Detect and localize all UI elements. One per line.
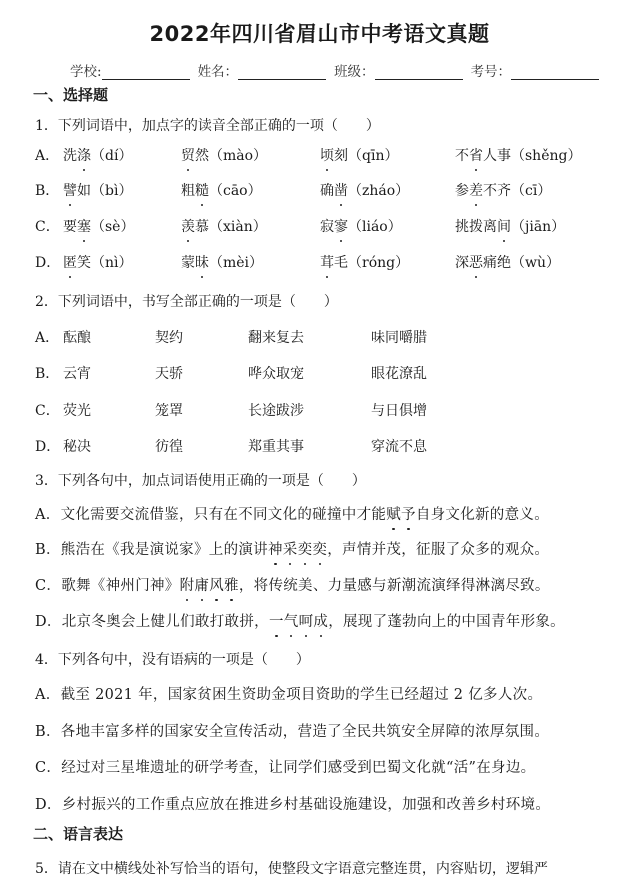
dotted-character: 茸: [320, 252, 334, 272]
sentence-prefix: 文化需要交流借鉴，只有在不同文化的碰撞中才能: [61, 507, 387, 523]
school-label: 学校:: [70, 60, 102, 80]
dotted-character: 昧: [195, 252, 209, 272]
word-suffix-pinyin: 如（bì）: [77, 183, 132, 199]
dotted-character: 省: [469, 145, 483, 165]
question-2-stem: 2．下列词语中，书写全部正确的一项是（ ）: [35, 291, 338, 311]
word-pinyin-item: 譬如（bì）: [63, 180, 132, 200]
word-prefix: 洗: [63, 148, 77, 164]
question-4-stem: 4．下列各句中，没有语病的一项是（ ）: [35, 649, 310, 669]
word-prefix: 参: [455, 183, 469, 199]
word-item: 与日俱增: [371, 400, 427, 420]
dotted-phrase: 赋予: [386, 507, 416, 523]
option-label: B．: [35, 542, 61, 558]
option-label: B．: [35, 724, 61, 740]
question-1-stem: 1．下列词语中，加点字的读音全部正确的一项（ ）: [35, 115, 380, 135]
dotted-character: 予: [401, 503, 416, 524]
dotted-character: 顷: [320, 145, 334, 165]
question-5-stem: 5．请在文中横线处补写恰当的语句，使整段文字语意完整连贯，内容贴切，逻辑严: [35, 858, 548, 877]
name-blank[interactable]: [238, 65, 326, 80]
word-prefix: 寂: [320, 219, 334, 235]
word-suffix-pinyin: （liáo）: [348, 219, 402, 235]
option-sentence: B．熊浩在《我是演说家》上的演讲神采奕奕，声情并茂，征服了众多的观众。: [35, 538, 549, 559]
option-label: C．: [35, 400, 60, 420]
word-item: 彷徨: [155, 436, 183, 456]
sentence-prefix: 熊浩在《我是演说家》上的演讲: [61, 542, 268, 558]
dotted-character: 雅: [224, 574, 239, 595]
dotted-character: 神: [268, 538, 283, 559]
word-pinyin-item: 要塞（sè）: [63, 216, 134, 236]
question-3-stem: 3．下列各句中，加点词语使用正确的一项是（ ）: [35, 470, 366, 490]
dotted-character: 匿: [63, 252, 77, 272]
name-label: 姓名：: [198, 60, 239, 80]
word-pinyin-item: 顷刻（qīn）: [320, 145, 398, 165]
word-item: 云宵: [63, 363, 91, 383]
dotted-phrase: 一气呵成: [269, 614, 328, 630]
dotted-character: 羡: [181, 216, 195, 236]
option-label: C．: [35, 760, 61, 776]
dotted-character: 间: [497, 216, 511, 236]
word-item: 郑重其事: [248, 436, 304, 456]
dotted-character: 一: [269, 610, 284, 631]
word-pinyin-item: 粗糙（cāo）: [181, 180, 262, 200]
word-prefix: 粗: [181, 183, 195, 199]
dotted-phrase: 附庸风雅: [180, 578, 239, 594]
dotted-phrase: 神采奕奕: [268, 542, 327, 558]
dotted-character: 庸: [194, 574, 209, 595]
word-item: 哗众取宠: [248, 363, 304, 383]
dotted-character: 贸: [181, 145, 195, 165]
sentence-prefix: 歌舞《神州门神》: [61, 578, 179, 594]
word-suffix-pinyin: 毛（róng）: [334, 255, 409, 271]
word-item: 荧光: [63, 400, 91, 420]
word-prefix: 蒙: [181, 255, 195, 271]
option-label: D．: [35, 252, 60, 272]
sentence-suffix: ，展现了蓬勃向上的中国青年形象。: [328, 614, 565, 630]
word-item: 长途跋涉: [248, 400, 304, 420]
number-blank[interactable]: [511, 65, 599, 80]
dotted-character: 糙: [195, 180, 209, 200]
word-item: 天骄: [155, 363, 183, 383]
word-suffix-pinyin: （sè）: [91, 219, 134, 235]
dotted-character: 呵: [299, 610, 314, 631]
word-suffix-pinyin: 然（mào）: [195, 148, 267, 164]
option-sentence: B．各地丰富多样的国家安全宣传活动，营造了全民共筑安全屏障的浓厚氛围。: [35, 720, 549, 741]
option-label: D．: [35, 614, 62, 630]
number-label: 考号：: [471, 60, 512, 80]
word-item: 眼花潦乱: [371, 363, 427, 383]
dotted-character: 差: [469, 180, 483, 200]
sentence-text: 经过对三星堆遗址的研学考查，让同学们感受到巴蜀文化就“活”在身边。: [61, 760, 535, 776]
word-pinyin-item: 洗涤（dí）: [63, 145, 132, 165]
word-prefix: 挑拨离: [455, 219, 497, 235]
word-pinyin-item: 匿笑（nì）: [63, 252, 133, 272]
word-suffix-pinyin: 不齐（cī）: [483, 183, 551, 199]
option-label: D．: [35, 436, 60, 456]
sentence-text: 各地丰富多样的国家安全宣传活动，营造了全民共筑安全屏障的浓厚氛围。: [61, 724, 549, 740]
option-label: A．: [35, 327, 59, 347]
word-prefix: 深: [455, 255, 469, 271]
option-sentence: C．经过对三星堆遗址的研学考查，让同学们感受到巴蜀文化就“活”在身边。: [35, 756, 535, 777]
word-pinyin-item: 寂寥（liáo）: [320, 216, 402, 236]
sentence-text: 截至 2021 年，国家贫困生资助金项目资助的学生已经超过 2 亿多人次。: [61, 687, 543, 703]
student-info-line: 学校:姓名：班级：考号：: [70, 60, 607, 80]
word-suffix-pinyin: 人事（shěng）: [483, 148, 581, 164]
option-label: D．: [35, 797, 62, 813]
word-pinyin-item: 挑拨离间（jiān）: [455, 216, 565, 236]
word-item: 翻来复去: [248, 327, 304, 347]
word-pinyin-item: 深恶痛绝（wù）: [455, 252, 560, 272]
dotted-character: 风: [209, 574, 224, 595]
section-heading-language-expression: 二、语言表达: [33, 823, 123, 844]
option-label: C．: [35, 216, 60, 236]
dotted-character: 塞: [77, 216, 91, 236]
sentence-prefix: 北京冬奥会上健儿们敢打敢拼，: [62, 614, 269, 630]
option-sentence: C．歌舞《神州门神》附庸风雅，将传统美、力量感与新潮流演绎得淋漓尽致。: [35, 574, 550, 595]
dotted-character: 凿: [334, 180, 348, 200]
option-sentence: D．乡村振兴的工作重点应放在推进乡村基础设施建设，加强和改善乡村环境。: [35, 793, 550, 814]
option-sentence: D．北京冬奥会上健儿们敢打敢拼，一气呵成，展现了蓬勃向上的中国青年形象。: [35, 610, 565, 631]
option-label: A．: [35, 507, 61, 523]
word-prefix: 要: [63, 219, 77, 235]
sentence-suffix: ，将传统美、力量感与新潮流演绎得淋漓尽致。: [239, 578, 550, 594]
word-pinyin-item: 不省人事（shěng）: [455, 145, 581, 165]
section-heading-choice: 一、选择题: [33, 84, 108, 105]
option-label: B．: [35, 363, 59, 383]
option-label: C．: [35, 578, 61, 594]
word-item: 契约: [155, 327, 183, 347]
option-label: A．: [35, 145, 59, 165]
option-sentence: A．文化需要交流借鉴，只有在不同文化的碰撞中才能赋予自身文化新的意义。: [35, 503, 549, 524]
dotted-character: 成: [313, 610, 328, 631]
dotted-character: 附: [180, 574, 195, 595]
sentence-suffix: 自身文化新的意义。: [416, 507, 549, 523]
word-pinyin-item: 参差不齐（cī）: [455, 180, 551, 200]
dotted-character: 寥: [334, 216, 348, 236]
class-blank[interactable]: [375, 65, 463, 80]
word-item: 笼罩: [155, 400, 183, 420]
word-suffix-pinyin: （cāo）: [209, 183, 262, 199]
option-sentence: A．截至 2021 年，国家贫困生资助金项目资助的学生已经超过 2 亿多人次。: [35, 683, 542, 704]
word-suffix-pinyin: 痛绝（wù）: [483, 255, 560, 271]
dotted-character: 采: [283, 538, 298, 559]
dotted-character: 涤: [77, 145, 91, 165]
dotted-character: 奕: [312, 538, 327, 559]
word-pinyin-item: 贸然（mào）: [181, 145, 267, 165]
word-suffix-pinyin: 慕（xiàn）: [195, 219, 267, 235]
word-pinyin-item: 确凿（zháo）: [320, 180, 409, 200]
word-suffix-pinyin: 刻（qīn）: [334, 148, 398, 164]
dotted-character: 譬: [63, 180, 77, 200]
word-suffix-pinyin: 笑（nì）: [77, 255, 133, 271]
word-suffix-pinyin: （dí）: [91, 148, 132, 164]
dotted-character: 气: [284, 610, 299, 631]
option-label: A．: [35, 687, 61, 703]
word-prefix: 不: [455, 148, 469, 164]
word-pinyin-item: 羡慕（xiàn）: [181, 216, 267, 236]
word-item: 穿流不息: [371, 436, 427, 456]
dotted-character: 奕: [298, 538, 313, 559]
word-suffix-pinyin: （jiān）: [511, 219, 565, 235]
word-pinyin-item: 蒙昧（mèi）: [181, 252, 263, 272]
option-label: B．: [35, 180, 59, 200]
word-item: 酝酿: [63, 327, 91, 347]
sentence-text: 乡村振兴的工作重点应放在推进乡村基础设施建设，加强和改善乡村环境。: [62, 797, 550, 813]
dotted-character: 赋: [386, 503, 401, 524]
class-label: 班级：: [334, 60, 375, 80]
word-suffix-pinyin: （zháo）: [348, 183, 409, 199]
dotted-character: 恶: [469, 252, 483, 272]
word-pinyin-item: 茸毛（róng）: [320, 252, 409, 272]
school-blank[interactable]: [102, 65, 190, 80]
word-prefix: 确: [320, 183, 334, 199]
word-item: 秘决: [63, 436, 91, 456]
sentence-suffix: ，声情并茂，征服了众多的观众。: [327, 542, 549, 558]
document-title: 2022年四川省眉山市中考语文真题: [0, 18, 639, 48]
word-item: 味同嚼腊: [371, 327, 427, 347]
word-suffix-pinyin: （mèi）: [209, 255, 263, 271]
